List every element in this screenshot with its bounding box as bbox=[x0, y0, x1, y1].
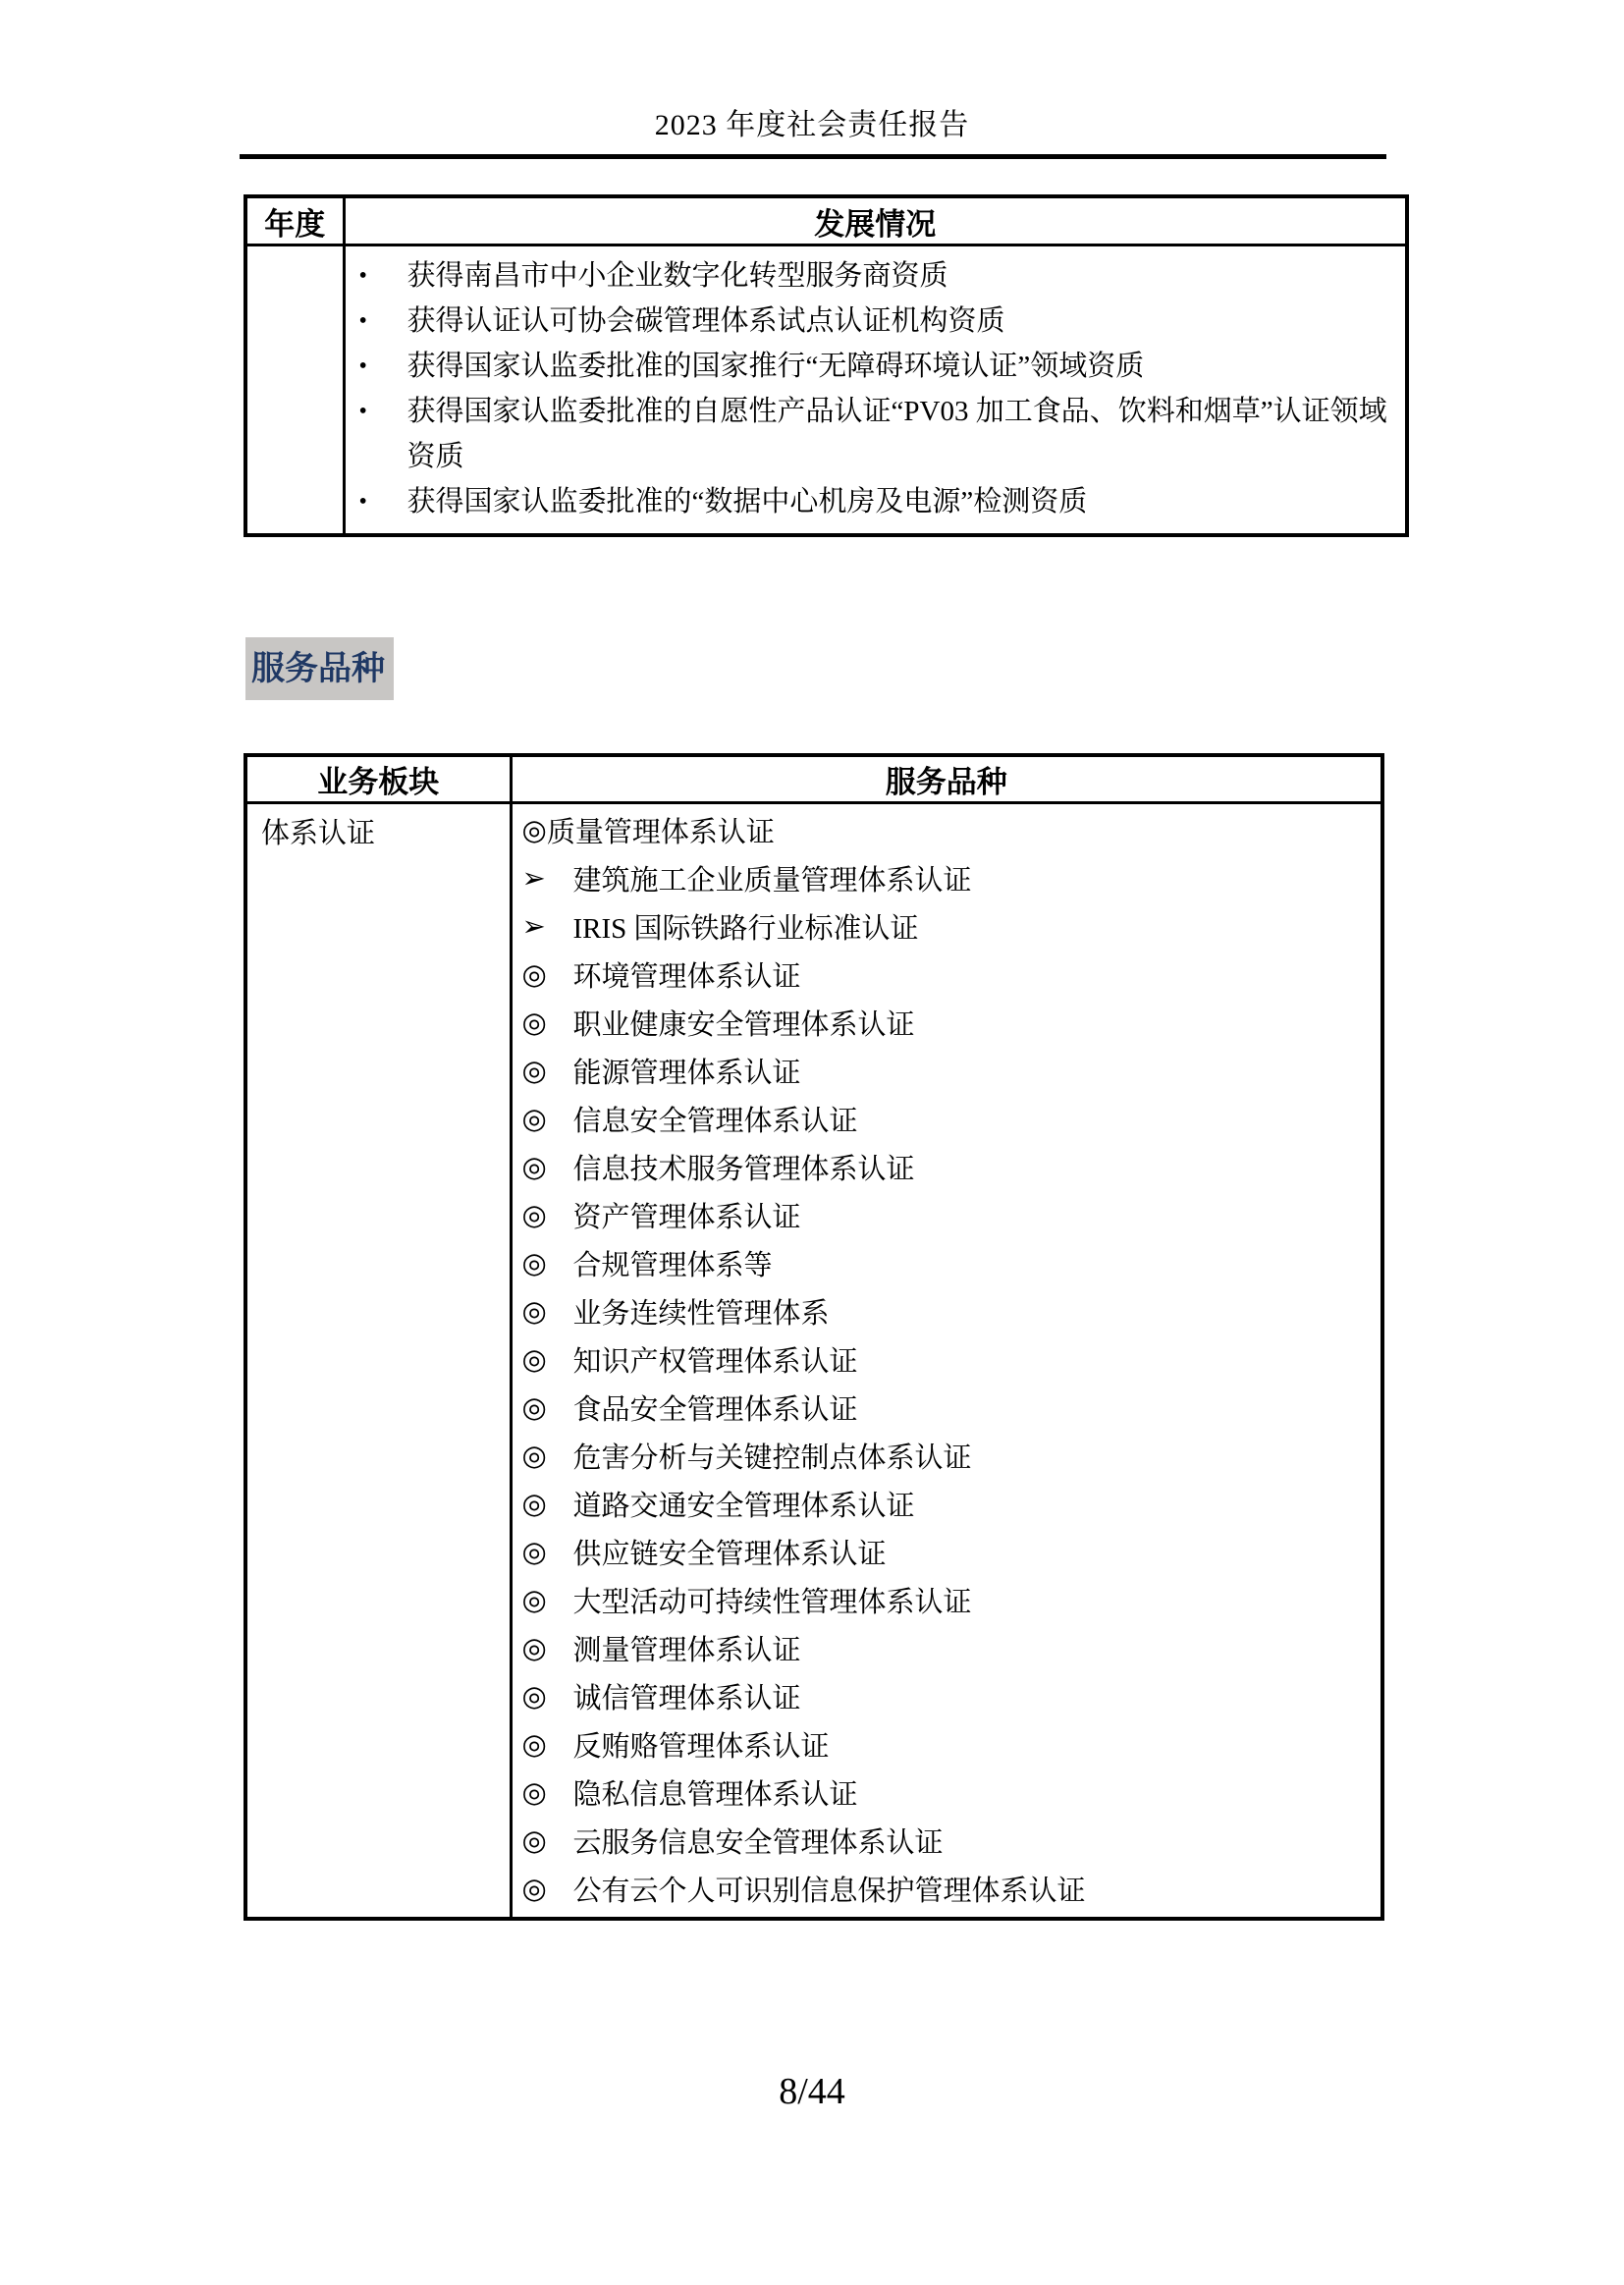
list-item: •获得南昌市中小企业数字化转型服务商资质 bbox=[346, 253, 1406, 299]
svc-items-cell: ◎质量管理体系认证➢建筑施工企业质量管理体系认证➢IRIS 国际铁路行业标准认证… bbox=[511, 803, 1382, 1920]
list-item: ◎云服务信息安全管理体系认证 bbox=[522, 1817, 1381, 1865]
dev-year-cell bbox=[245, 245, 344, 536]
list-item-text: 反贿赂管理体系认证 bbox=[573, 1724, 830, 1765]
arrow-bullet-icon: ➢ bbox=[522, 909, 573, 944]
list-item-text: 业务连续性管理体系 bbox=[573, 1291, 830, 1332]
circle-bullet-icon: ◎ bbox=[522, 1294, 573, 1329]
circle-bullet-icon: ◎ bbox=[522, 1198, 573, 1232]
circle-bullet-icon: ◎ bbox=[522, 1342, 573, 1377]
circle-bullet-icon: ◎ bbox=[522, 1679, 573, 1714]
circle-bullet-icon: ◎ bbox=[522, 1872, 573, 1906]
list-item-text: 知识产权管理体系认证 bbox=[573, 1339, 858, 1380]
list-item-text: 获得国家认监委批准的国家推行“无障碍环境认证”领域资质 bbox=[407, 344, 1406, 389]
list-item: ◎环境管理体系认证 bbox=[522, 951, 1381, 999]
circle-bullet-icon: ◎ bbox=[522, 1390, 573, 1425]
list-item: ◎供应链安全管理体系认证 bbox=[522, 1528, 1381, 1576]
section-heading-wrap: 服务品种 bbox=[245, 637, 1624, 700]
svc-col-header-sector: 业务板块 bbox=[245, 755, 511, 803]
report-title: 2023 年度社会责任报告 bbox=[0, 106, 1624, 145]
list-item: ◎职业健康安全管理体系认证 bbox=[522, 999, 1381, 1047]
circle-bullet-icon: ◎ bbox=[522, 1054, 573, 1088]
list-item: ◎信息技术服务管理体系认证 bbox=[522, 1143, 1381, 1191]
development-bullet-list: •获得南昌市中小企业数字化转型服务商资质•获得认证认可协会碳管理体系试点认证机构… bbox=[346, 253, 1406, 524]
list-item: ◎质量管理体系认证 bbox=[522, 806, 1381, 854]
circle-bullet-icon: ◎ bbox=[522, 1775, 573, 1810]
list-item-text: 测量管理体系认证 bbox=[573, 1628, 801, 1668]
list-item-text: 公有云个人可识别信息保护管理体系认证 bbox=[573, 1869, 1086, 1909]
list-item-text: 大型活动可持续性管理体系认证 bbox=[573, 1580, 972, 1620]
list-item: ◎合规管理体系等 bbox=[522, 1239, 1381, 1287]
list-item-text: 获得国家认监委批准的自愿性产品认证“PV03 加工食品、饮料和烟草”认证领域资质 bbox=[407, 389, 1406, 479]
list-item-text: 能源管理体系认证 bbox=[573, 1051, 801, 1091]
list-item-text: 环境管理体系认证 bbox=[573, 954, 801, 995]
bullet-icon: • bbox=[346, 344, 407, 389]
service-table-header-row: 业务板块 服务品种 bbox=[245, 755, 1382, 803]
list-item: ◎业务连续性管理体系 bbox=[522, 1287, 1381, 1335]
circle-bullet-icon: ◎ bbox=[522, 1631, 573, 1665]
dev-col-header-status: 发展情况 bbox=[344, 196, 1407, 245]
table-row: •获得南昌市中小企业数字化转型服务商资质•获得认证认可协会碳管理体系试点认证机构… bbox=[245, 245, 1407, 536]
page-header: 2023 年度社会责任报告 bbox=[0, 0, 1624, 159]
list-item: ◎食品安全管理体系认证 bbox=[522, 1384, 1381, 1432]
list-item-text: 获得认证认可协会碳管理体系试点认证机构资质 bbox=[407, 299, 1406, 344]
development-table: 年度 发展情况 •获得南昌市中小企业数字化转型服务商资质•获得认证认可协会碳管理… bbox=[244, 194, 1409, 537]
list-item: ◎知识产权管理体系认证 bbox=[522, 1335, 1381, 1384]
list-item: ◎道路交通安全管理体系认证 bbox=[522, 1480, 1381, 1528]
list-item: ◎危害分析与关键控制点体系认证 bbox=[522, 1432, 1381, 1480]
dev-col-header-year: 年度 bbox=[245, 196, 344, 245]
list-item: ◎隐私信息管理体系认证 bbox=[522, 1768, 1381, 1817]
service-table: 业务板块 服务品种 体系认证 ◎质量管理体系认证➢建筑施工企业质量管理体系认证➢… bbox=[244, 753, 1384, 1921]
list-item-text: 获得国家认监委批准的“数据中心机房及电源”检测资质 bbox=[407, 479, 1406, 524]
bullet-icon: • bbox=[346, 389, 407, 434]
list-item: ◎大型活动可持续性管理体系认证 bbox=[522, 1576, 1381, 1624]
list-item-text: 信息安全管理体系认证 bbox=[573, 1099, 858, 1139]
list-item-text: 获得南昌市中小企业数字化转型服务商资质 bbox=[407, 253, 1406, 299]
list-item-text: 道路交通安全管理体系认证 bbox=[573, 1484, 915, 1524]
bullet-icon: • bbox=[346, 479, 407, 524]
circle-bullet-icon: ◎ bbox=[522, 1246, 573, 1280]
service-variety-list: ◎质量管理体系认证➢建筑施工企业质量管理体系认证➢IRIS 国际铁路行业标准认证… bbox=[513, 804, 1381, 1917]
circle-bullet-icon: ◎ bbox=[522, 1102, 573, 1136]
list-item: ➢IRIS 国际铁路行业标准认证 bbox=[522, 902, 1381, 951]
list-item-text: 资产管理体系认证 bbox=[573, 1195, 801, 1235]
header-divider bbox=[240, 154, 1386, 159]
section-heading: 服务品种 bbox=[245, 637, 394, 700]
page-footer: 8/44 bbox=[0, 2070, 1624, 2113]
list-item: •获得国家认监委批准的国家推行“无障碍环境认证”领域资质 bbox=[346, 344, 1406, 389]
list-item-text: 云服务信息安全管理体系认证 bbox=[573, 1821, 944, 1861]
bullet-icon: • bbox=[346, 253, 407, 299]
svc-sector-cell: 体系认证 bbox=[245, 803, 511, 1920]
list-item: ◎诚信管理体系认证 bbox=[522, 1672, 1381, 1720]
list-item-text: 质量管理体系认证 bbox=[547, 810, 775, 850]
list-item-text: 供应链安全管理体系认证 bbox=[573, 1532, 887, 1572]
arrow-bullet-icon: ➢ bbox=[522, 861, 573, 896]
list-item-text: 危害分析与关键控制点体系认证 bbox=[573, 1436, 972, 1476]
svc-col-header-variety: 服务品种 bbox=[511, 755, 1382, 803]
list-item: •获得认证认可协会碳管理体系试点认证机构资质 bbox=[346, 299, 1406, 344]
table-row: 体系认证 ◎质量管理体系认证➢建筑施工企业质量管理体系认证➢IRIS 国际铁路行… bbox=[245, 803, 1382, 1920]
circle-bullet-icon: ◎ bbox=[522, 1727, 573, 1762]
list-item-text: 食品安全管理体系认证 bbox=[573, 1387, 858, 1428]
list-item: ◎资产管理体系认证 bbox=[522, 1191, 1381, 1239]
circle-bullet-icon: ◎ bbox=[522, 957, 573, 992]
list-item-text: 信息技术服务管理体系认证 bbox=[573, 1147, 915, 1187]
list-item: ◎测量管理体系认证 bbox=[522, 1624, 1381, 1672]
list-item-text: 诚信管理体系认证 bbox=[573, 1676, 801, 1716]
list-item: •获得国家认监委批准的自愿性产品认证“PV03 加工食品、饮料和烟草”认证领域资… bbox=[346, 389, 1406, 479]
list-item: •获得国家认监委批准的“数据中心机房及电源”检测资质 bbox=[346, 479, 1406, 524]
list-item: ◎信息安全管理体系认证 bbox=[522, 1095, 1381, 1143]
circle-bullet-icon: ◎ bbox=[522, 1535, 573, 1569]
circle-bullet-icon: ◎ bbox=[522, 813, 547, 847]
bullet-icon: • bbox=[346, 299, 407, 344]
circle-bullet-icon: ◎ bbox=[522, 1583, 573, 1617]
list-item: ◎公有云个人可识别信息保护管理体系认证 bbox=[522, 1865, 1381, 1913]
circle-bullet-icon: ◎ bbox=[522, 1487, 573, 1521]
development-table-header-row: 年度 发展情况 bbox=[245, 196, 1407, 245]
dev-items-cell: •获得南昌市中小企业数字化转型服务商资质•获得认证认可协会碳管理体系试点认证机构… bbox=[344, 245, 1407, 536]
list-item: ➢建筑施工企业质量管理体系认证 bbox=[522, 854, 1381, 902]
circle-bullet-icon: ◎ bbox=[522, 1150, 573, 1184]
list-item-text: 合规管理体系等 bbox=[573, 1243, 773, 1283]
list-item: ◎反贿赂管理体系认证 bbox=[522, 1720, 1381, 1768]
circle-bullet-icon: ◎ bbox=[522, 1823, 573, 1858]
list-item: ◎能源管理体系认证 bbox=[522, 1047, 1381, 1095]
list-item-text: 隐私信息管理体系认证 bbox=[573, 1772, 858, 1813]
list-item-text: IRIS 国际铁路行业标准认证 bbox=[573, 906, 919, 947]
circle-bullet-icon: ◎ bbox=[522, 1439, 573, 1473]
circle-bullet-icon: ◎ bbox=[522, 1006, 573, 1040]
list-item-text: 职业健康安全管理体系认证 bbox=[573, 1003, 915, 1043]
list-item-text: 建筑施工企业质量管理体系认证 bbox=[573, 858, 972, 898]
page-number: 8/44 bbox=[779, 2071, 845, 2112]
